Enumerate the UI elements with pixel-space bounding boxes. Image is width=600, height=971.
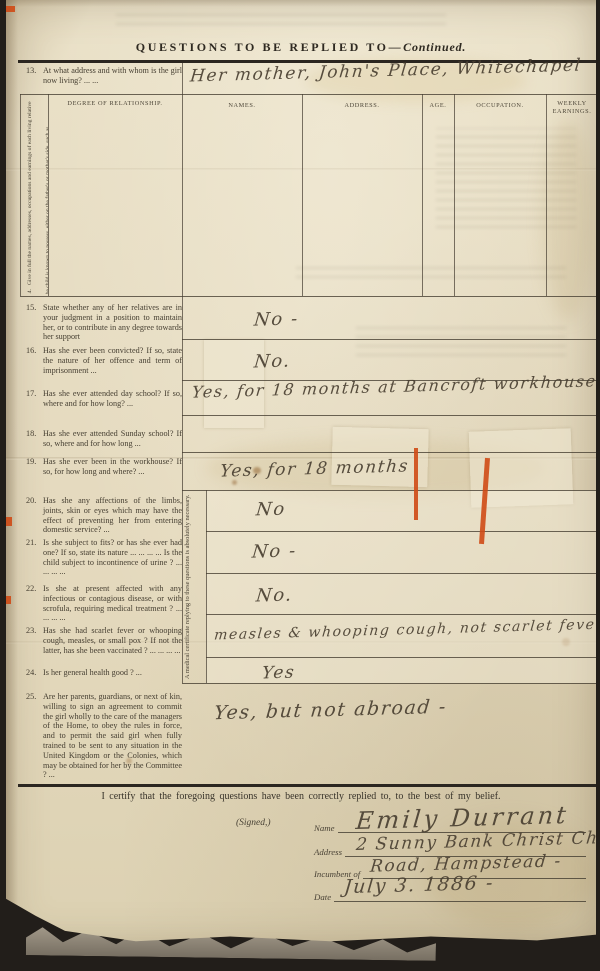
divider-line [422,94,423,296]
fold-crease [6,168,596,171]
divider-line [182,296,183,683]
divider-line [48,94,49,296]
question-number: 13. [26,66,43,86]
divider-line [206,573,596,574]
signature-date-value: July 3. 1886 - [343,872,495,898]
column-header-names: NAMES. [182,102,302,110]
answer-21: No - [251,540,298,562]
answer-22: No. [255,584,294,606]
ink-bleedthrough [116,12,446,25]
ink-bleedthrough [296,262,566,278]
question-20: 20. Has she any affections of the limbs,… [26,496,182,535]
divider-line [182,339,596,340]
divider-line [182,94,183,296]
section-rule [18,784,596,787]
question-text: Has she ever been in the workhouse? If s… [43,457,182,477]
question-21: 21. Is she subject to fits? or has she e… [26,538,182,577]
divider-line [206,490,207,683]
answer-15: No - [253,308,300,330]
divider-line [182,683,596,684]
paper-left-edge-shadow [6,0,18,946]
answer-20: No [255,499,287,521]
answer-24: Yes [261,663,296,684]
red-pencil-mark [414,448,418,520]
question-number: 14. [27,289,33,294]
question-number: 19. [26,457,43,477]
divider-line [206,531,596,532]
question-number: 25. [26,692,43,780]
divider-line [182,490,596,491]
question-text: Is her general health good ? ... [43,668,182,678]
question-text: Has she ever attended Sunday school? If … [43,429,182,449]
question-text: Has she any affections of the limbs, joi… [43,496,182,535]
question-number: 16. [26,346,43,375]
question-text: Give in full the names, addresses, occup… [27,101,48,294]
question-18: 18. Has she ever attended Sunday school?… [26,429,182,449]
page-title: QUESTIONS TO BE REPLIED TO—Continued. [6,38,596,56]
certify-statement: I certify that the foregoing questions h… [6,791,596,802]
field-label-date: Date [314,892,334,902]
divider-line [454,94,455,296]
question-19: 19. Has she ever been in the workhouse? … [26,457,182,477]
question-13: 13. At what address and with whom is the… [26,66,182,86]
question-16: 16. Has she ever been convicted? If so, … [26,346,182,375]
question-number: 20. [26,496,43,535]
paper-stain [542,120,594,320]
column-header-occupation: OCCUPATION. [454,102,546,110]
column-header-address: ADDRESS. [302,102,422,110]
question-23: 23. Has she had scarlet fever or whoopin… [26,626,182,655]
signed-label: (Signed,) [236,818,271,828]
question-number: 15. [26,303,43,342]
divider-line [546,94,547,296]
answer-25: Yes, but not abroad - [213,696,448,725]
question-number: 18. [26,429,43,449]
question-17: 17. Has she ever attended day school? If… [26,389,182,409]
question-14-sidenote: 14. Give in full the names, addresses, o… [21,96,48,294]
question-text: State whether any of her relatives are i… [43,303,182,342]
question-15: 15. State whether any of her relatives a… [26,303,182,342]
divider-line [206,614,596,615]
scan-background: QUESTIONS TO BE REPLIED TO—Continued. 13… [0,0,600,971]
field-label-name: Name [314,823,338,833]
divider-line [182,63,183,94]
divider-line [206,657,596,658]
page-title-main: QUESTIONS TO BE REPLIED TO— [136,40,403,54]
field-label-address: Address [314,847,345,857]
red-pencil-mark [6,517,12,526]
question-25: 25. Are her parents, guardians, or next … [26,692,182,780]
divider-line [182,415,596,416]
divider-line [302,94,303,296]
question-text: Is she at present affected with any infe… [43,584,182,623]
divider-line [20,296,596,297]
medical-certificate-note: A medical certificate replying to these … [184,492,205,681]
question-text: Are her parents, guardians, or next of k… [43,692,182,780]
divider-line [182,452,596,453]
column-header-age: AGE. [422,102,454,110]
divider-line [20,94,596,95]
column-header-weekly-earnings: WEEKLY EARNINGS. [546,100,596,115]
question-number: 17. [26,389,43,409]
question-text: Has she had scarlet fever or whooping co… [43,626,182,655]
question-24: 24. Is her general health good ? ... [26,668,182,678]
question-text: Has she ever attended day school? If so,… [43,389,182,409]
question-number: 24. [26,668,43,678]
question-number: 23. [26,626,43,655]
question-22: 22. Is she at present affected with any … [26,584,182,623]
column-header-degree: DEGREE OF RELATIONSHIP. [48,100,182,108]
document-page: QUESTIONS TO BE REPLIED TO—Continued. 13… [6,0,596,946]
page-title-suffix: Continued. [403,40,466,54]
answer-16: No. [253,350,292,372]
red-pencil-mark [6,6,15,12]
question-number: 21. [26,538,43,577]
red-pencil-mark [6,596,11,604]
question-text: Has she ever been convicted? If so, stat… [43,346,182,375]
question-text: At what address and with whom is the gir… [43,66,182,86]
question-text: Is she subject to fits? or has she ever … [43,538,182,577]
question-number: 22. [26,584,43,623]
